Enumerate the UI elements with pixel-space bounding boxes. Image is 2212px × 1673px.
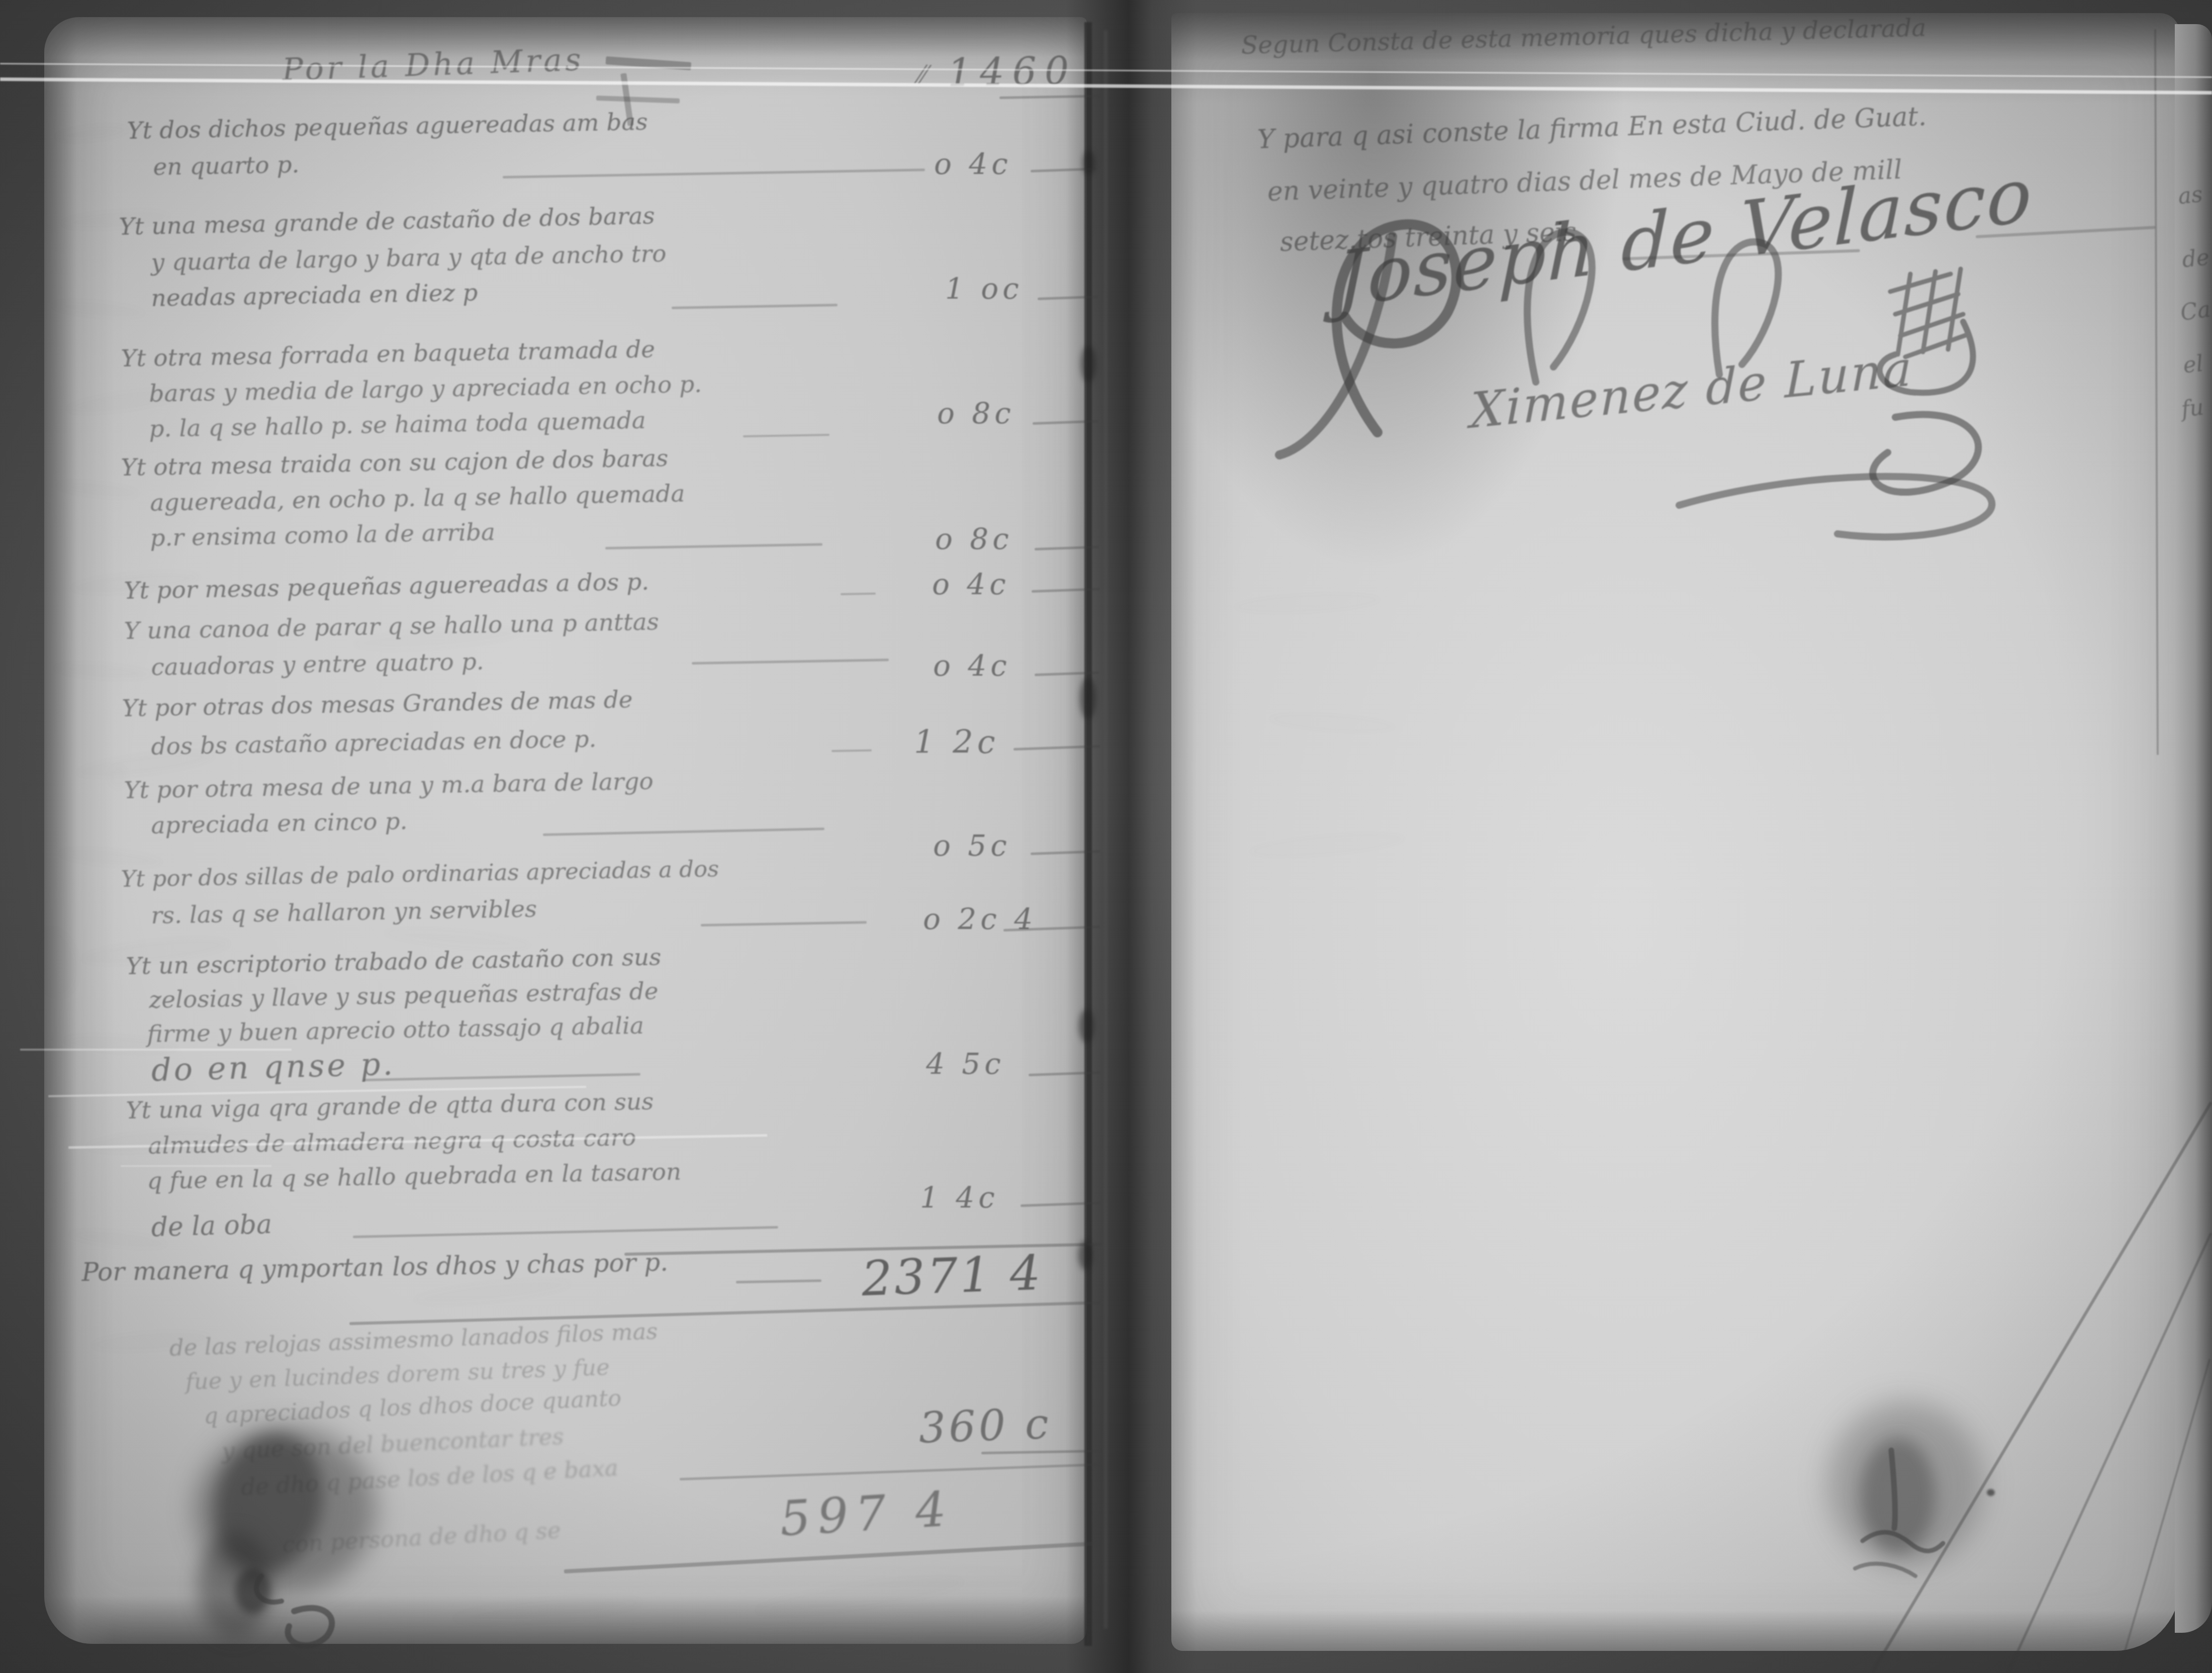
- ink-squiggle: [1891, 1450, 1895, 1528]
- column-rule-knot: [1080, 678, 1096, 719]
- rubric-flourish: [1873, 269, 1978, 492]
- scan-line-artifact: [121, 1165, 271, 1167]
- column-rule-knot: [1083, 151, 1095, 175]
- ink-squiggle: [1855, 1564, 1915, 1576]
- signature-flourish-stroke: [1337, 224, 1456, 432]
- page-crease: [2008, 1234, 2210, 1671]
- page-crease: [2119, 1360, 2209, 1671]
- signature-flourish-stroke: [1527, 232, 1592, 382]
- ink-bleedthrough-mark: [108, 764, 128, 789]
- column-rule-knot: [1081, 346, 1096, 382]
- ink-squiggle: [256, 1576, 282, 1602]
- ink-squiggle: [1863, 1532, 1943, 1551]
- column-rule-knot: [1078, 1241, 1092, 1270]
- signature-flourish-stroke: [1715, 242, 1778, 375]
- page-crease: [1873, 1103, 2210, 1671]
- flourish-overlay: [0, 0, 2212, 1673]
- column-rule-knot: [1079, 1009, 1094, 1043]
- manuscript-photo: Por la Dha Mras ⫽ 1460 Yt dos dichos peq…: [0, 0, 2212, 1673]
- ink-squiggle: [288, 1608, 332, 1646]
- page-crease: [2155, 30, 2158, 754]
